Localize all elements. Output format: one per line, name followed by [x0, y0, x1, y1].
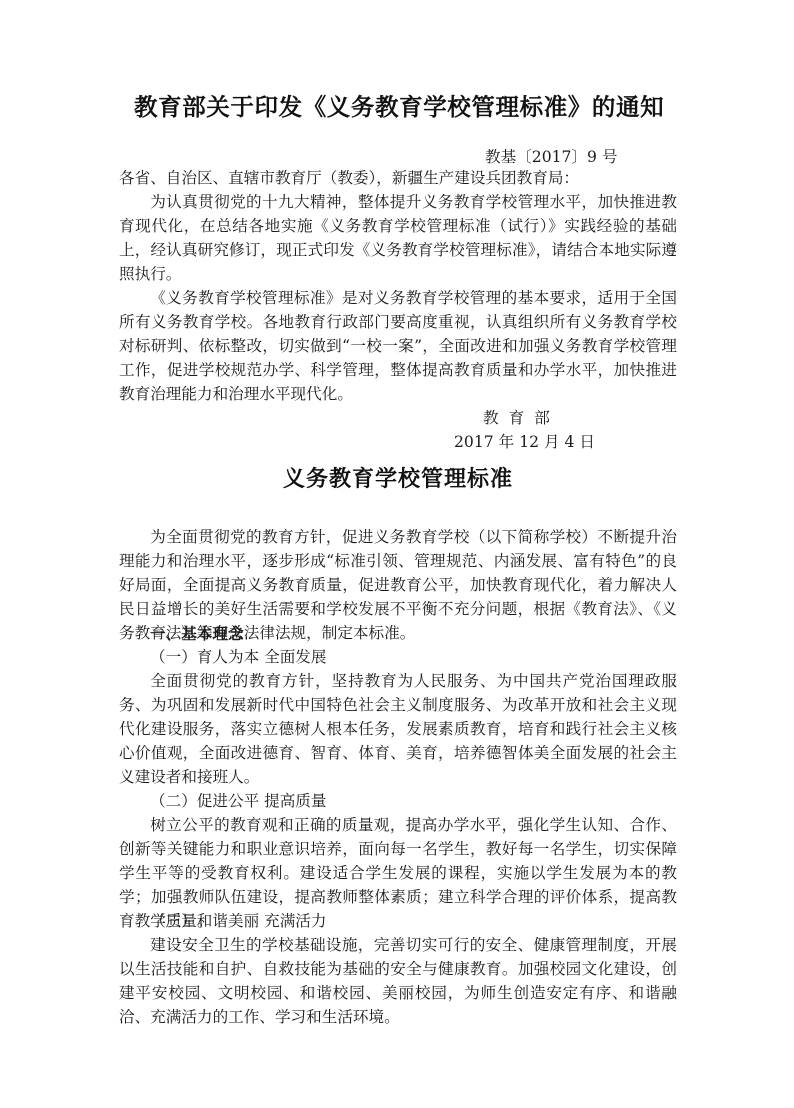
section-heading: 一、基本理念	[150, 622, 244, 646]
addressee: 各省、自治区、直辖市教育厅（教委），新疆生产建设兵团教育局：	[119, 166, 579, 190]
subsection-heading-3: （三）和谐美丽 充满活力	[150, 909, 327, 933]
standard-title: 义务教育学校管理标准	[119, 462, 677, 493]
notice-paragraph-1: 为认真贯彻党的十九大精神，整体提升义务教育学校管理水平，加快推进教育现代化，在总…	[119, 190, 677, 286]
subsection-heading-1: （一）育人为本 全面发展	[150, 645, 327, 669]
notice-title: 教育部关于印发《义务教育学校管理标准》的通知	[134, 88, 692, 122]
subsection-text-3: 建设安全卫生的学校基础设施，完善切实可行的安全、健康管理制度，开展以生活技能和自…	[119, 933, 677, 1029]
issue-date: 2017 年 12 月 4 日	[454, 430, 595, 454]
subsection-text-1: 全面贯彻党的教育方针，坚持教育为人民服务、为中国共产党治国理政服务、为巩固和发展…	[119, 669, 677, 789]
subsection-heading-2: （二）促进公平 提高质量	[150, 789, 327, 813]
notice-paragraph-2: 《义务教育学校管理标准》是对义务教育学校管理的基本要求，适用于全国所有义务教育学…	[119, 286, 677, 406]
signature: 教育部	[483, 406, 560, 430]
